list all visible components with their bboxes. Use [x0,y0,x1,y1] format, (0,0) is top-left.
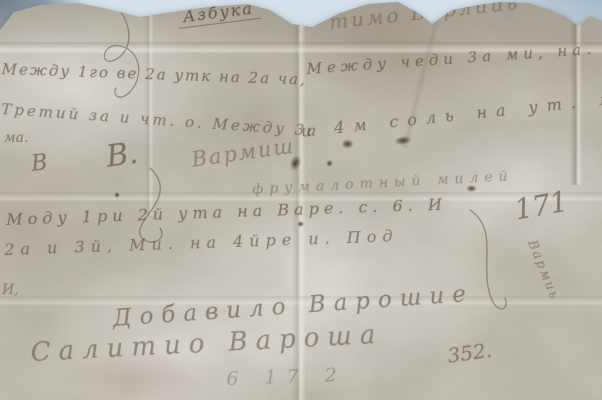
handwriting-faint-numbers: 6 17 2 [226,364,347,390]
handwriting-line-1: тимо Варлииь [328,0,521,34]
handwriting-number: 171 [512,185,570,227]
handwriting-line-5: и 4м соль на ут. ми [300,86,602,141]
handwriting-initial: В. [104,136,140,175]
handwriting-line-4: Третий за и чт. о. Между 3а [1,100,320,140]
handwriting-line-11: Моду 1ри 2й ута на Варе. с. 6. И [6,195,447,229]
handwriting-diagonal-signature: Вармиь [524,238,562,303]
ink-blot [114,192,120,198]
handwriting-line-3: Между чеди 3а ми, на. [306,40,596,78]
ink-blot [341,139,354,149]
photo-frame: Азбука тимо Варлииь Между 1го ве 2а утк … [0,0,602,400]
title-inscription: Азбука [176,0,261,29]
crease-line [144,0,154,215]
handwriting-number: 352. [446,338,493,368]
ink-blot [297,221,304,227]
handwriting-line-9: Вармиш [190,133,297,171]
handwriting-line-2: Между 1го ве 2а утк на 2а ча, [1,60,307,89]
paper-shadow-wrap: Азбука тимо Варлииь Между 1го ве 2а утк … [0,0,602,400]
handwriting-signature-2: Салитио Вароша [30,320,384,368]
handwriting-line-10: фрумалотный милей [252,168,514,198]
handwriting-initial: В [30,150,49,177]
ink-blot [393,135,412,146]
handwriting-line-13: 2а и 3й, Ми. на 4йре и. Под [4,226,399,259]
handwriting-margin-mark: И, [2,282,19,298]
handwriting-line-6: ма. [4,130,28,146]
ink-blot [326,160,333,167]
crumpled-manuscript-paper: Азбука тимо Варлииь Между 1го ве 2а утк … [0,0,602,400]
